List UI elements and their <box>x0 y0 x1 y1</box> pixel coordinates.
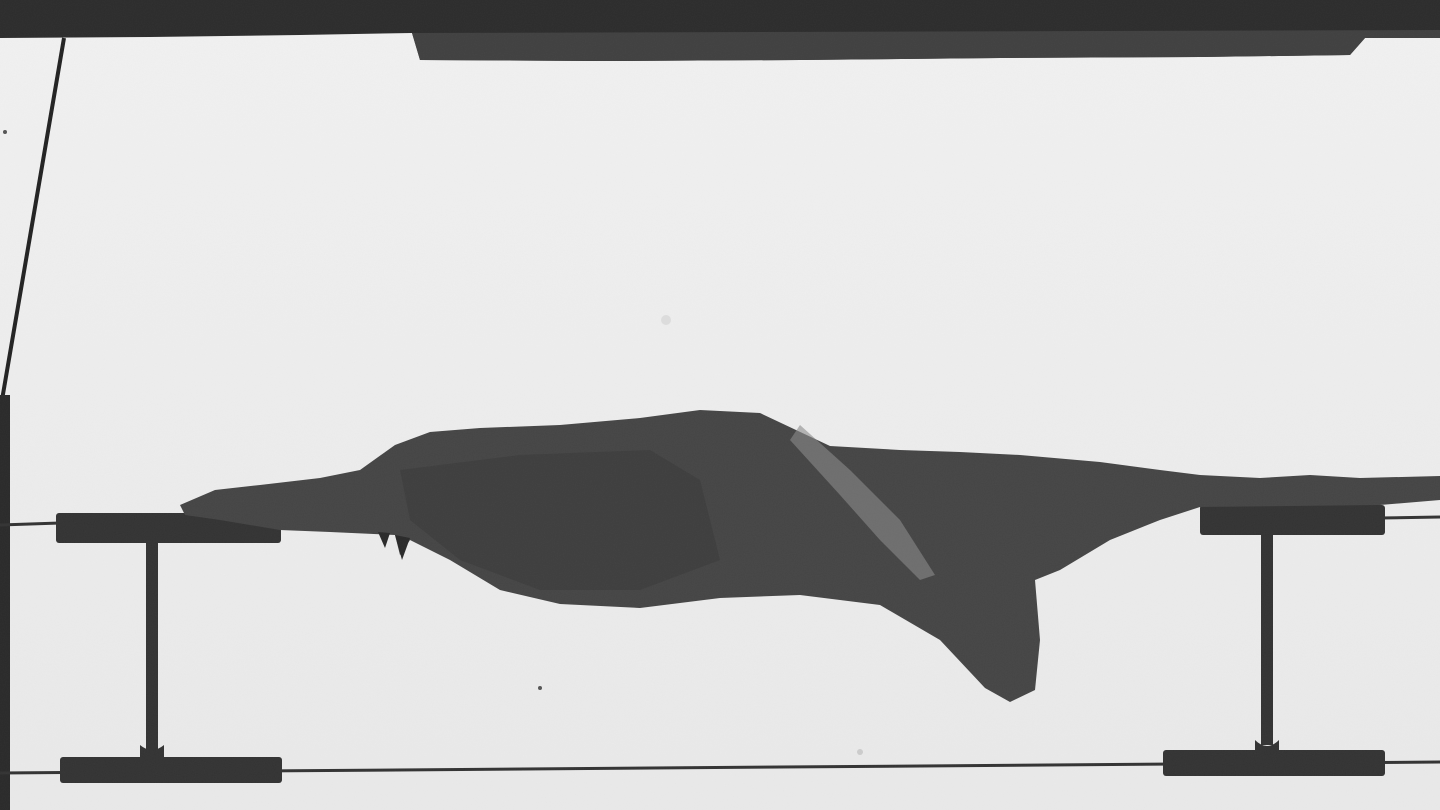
photograph <box>0 0 1440 810</box>
